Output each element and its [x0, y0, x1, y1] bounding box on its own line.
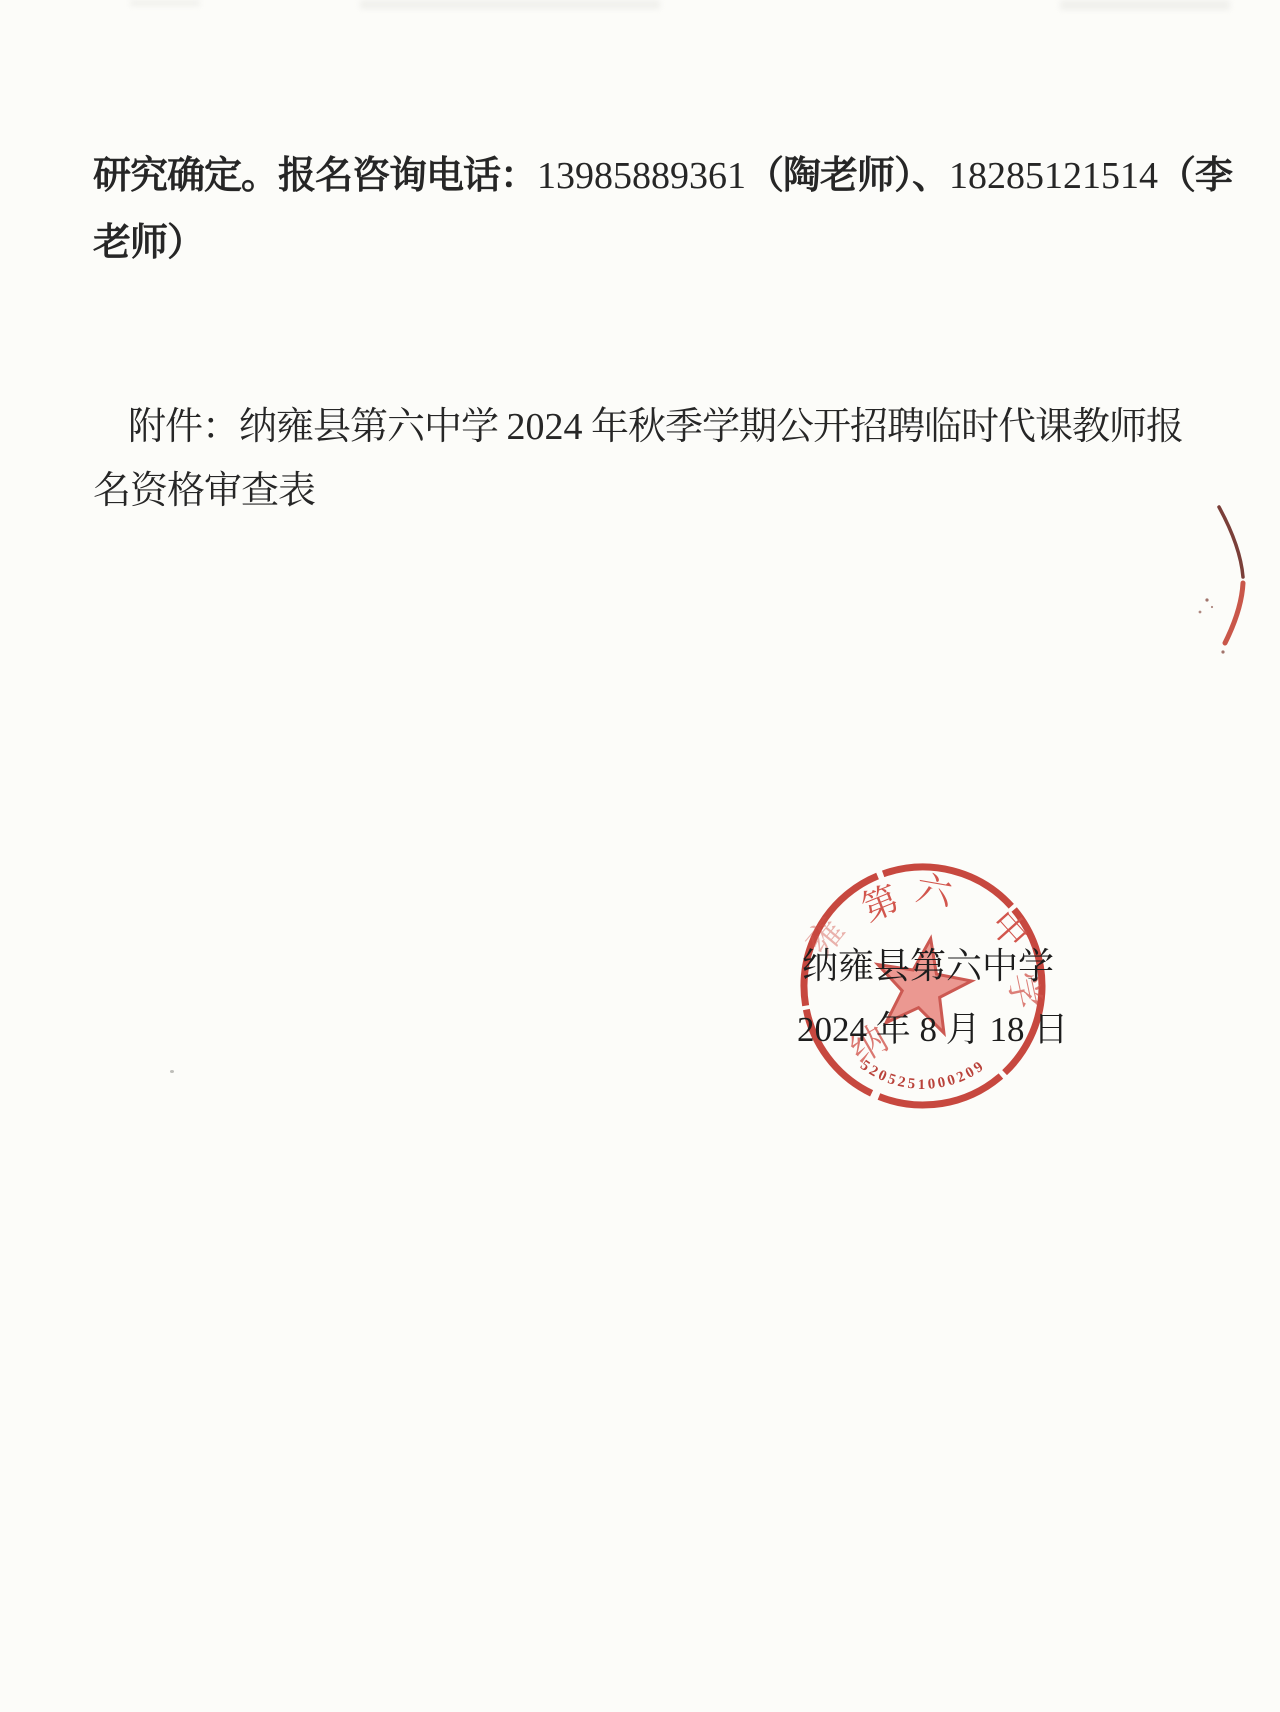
stray-red-mark — [1185, 495, 1265, 660]
signature-organization: 纳雍县第六中学 — [802, 938, 1054, 989]
scan-speck — [170, 1070, 174, 1073]
body-line-2: 老师） — [93, 224, 204, 262]
attachment-year: 2024 — [507, 406, 583, 448]
ink-dot — [1205, 598, 1208, 601]
attachment-text-segment: 附件：纳雍县第六中学 — [128, 406, 507, 448]
body-line-1: 研究确定。报名咨询电话：13985889361（陶老师）、18285121514… — [93, 157, 1232, 195]
stray-mark-lower — [1225, 583, 1243, 643]
body-text-segment: （陶老师）、 — [746, 155, 949, 197]
signature-date: 2024 年 8 月 18 日 — [797, 1002, 1068, 1052]
phone-number-2: 18285121514 — [949, 155, 1158, 197]
body-text-segment: （李 — [1158, 155, 1232, 197]
scan-smudge — [1060, 0, 1230, 10]
attachment-text-segment: 年秋季学期公开招聘临时代课教师报 — [583, 406, 1184, 448]
scan-smudge — [130, 0, 200, 6]
scan-smudge — [360, 0, 660, 9]
ink-dot — [1199, 611, 1202, 614]
scanned-document-page: 研究确定。报名咨询电话：13985889361（陶老师）、18285121514… — [0, 0, 1280, 1712]
attachment-line-1: 附件：纳雍县第六中学 2024 年秋季学期公开招聘临时代课教师报 — [128, 408, 1183, 446]
phone-number-1: 13985889361 — [537, 155, 746, 197]
ink-dot — [1211, 606, 1213, 608]
ink-dot — [1221, 650, 1224, 653]
attachment-line-2: 名资格审查表 — [93, 472, 315, 510]
seal-ring-character: 六 — [913, 868, 956, 914]
body-text-segment: 研究确定。报名咨询电话： — [93, 155, 537, 197]
stray-mark-upper — [1219, 507, 1243, 577]
